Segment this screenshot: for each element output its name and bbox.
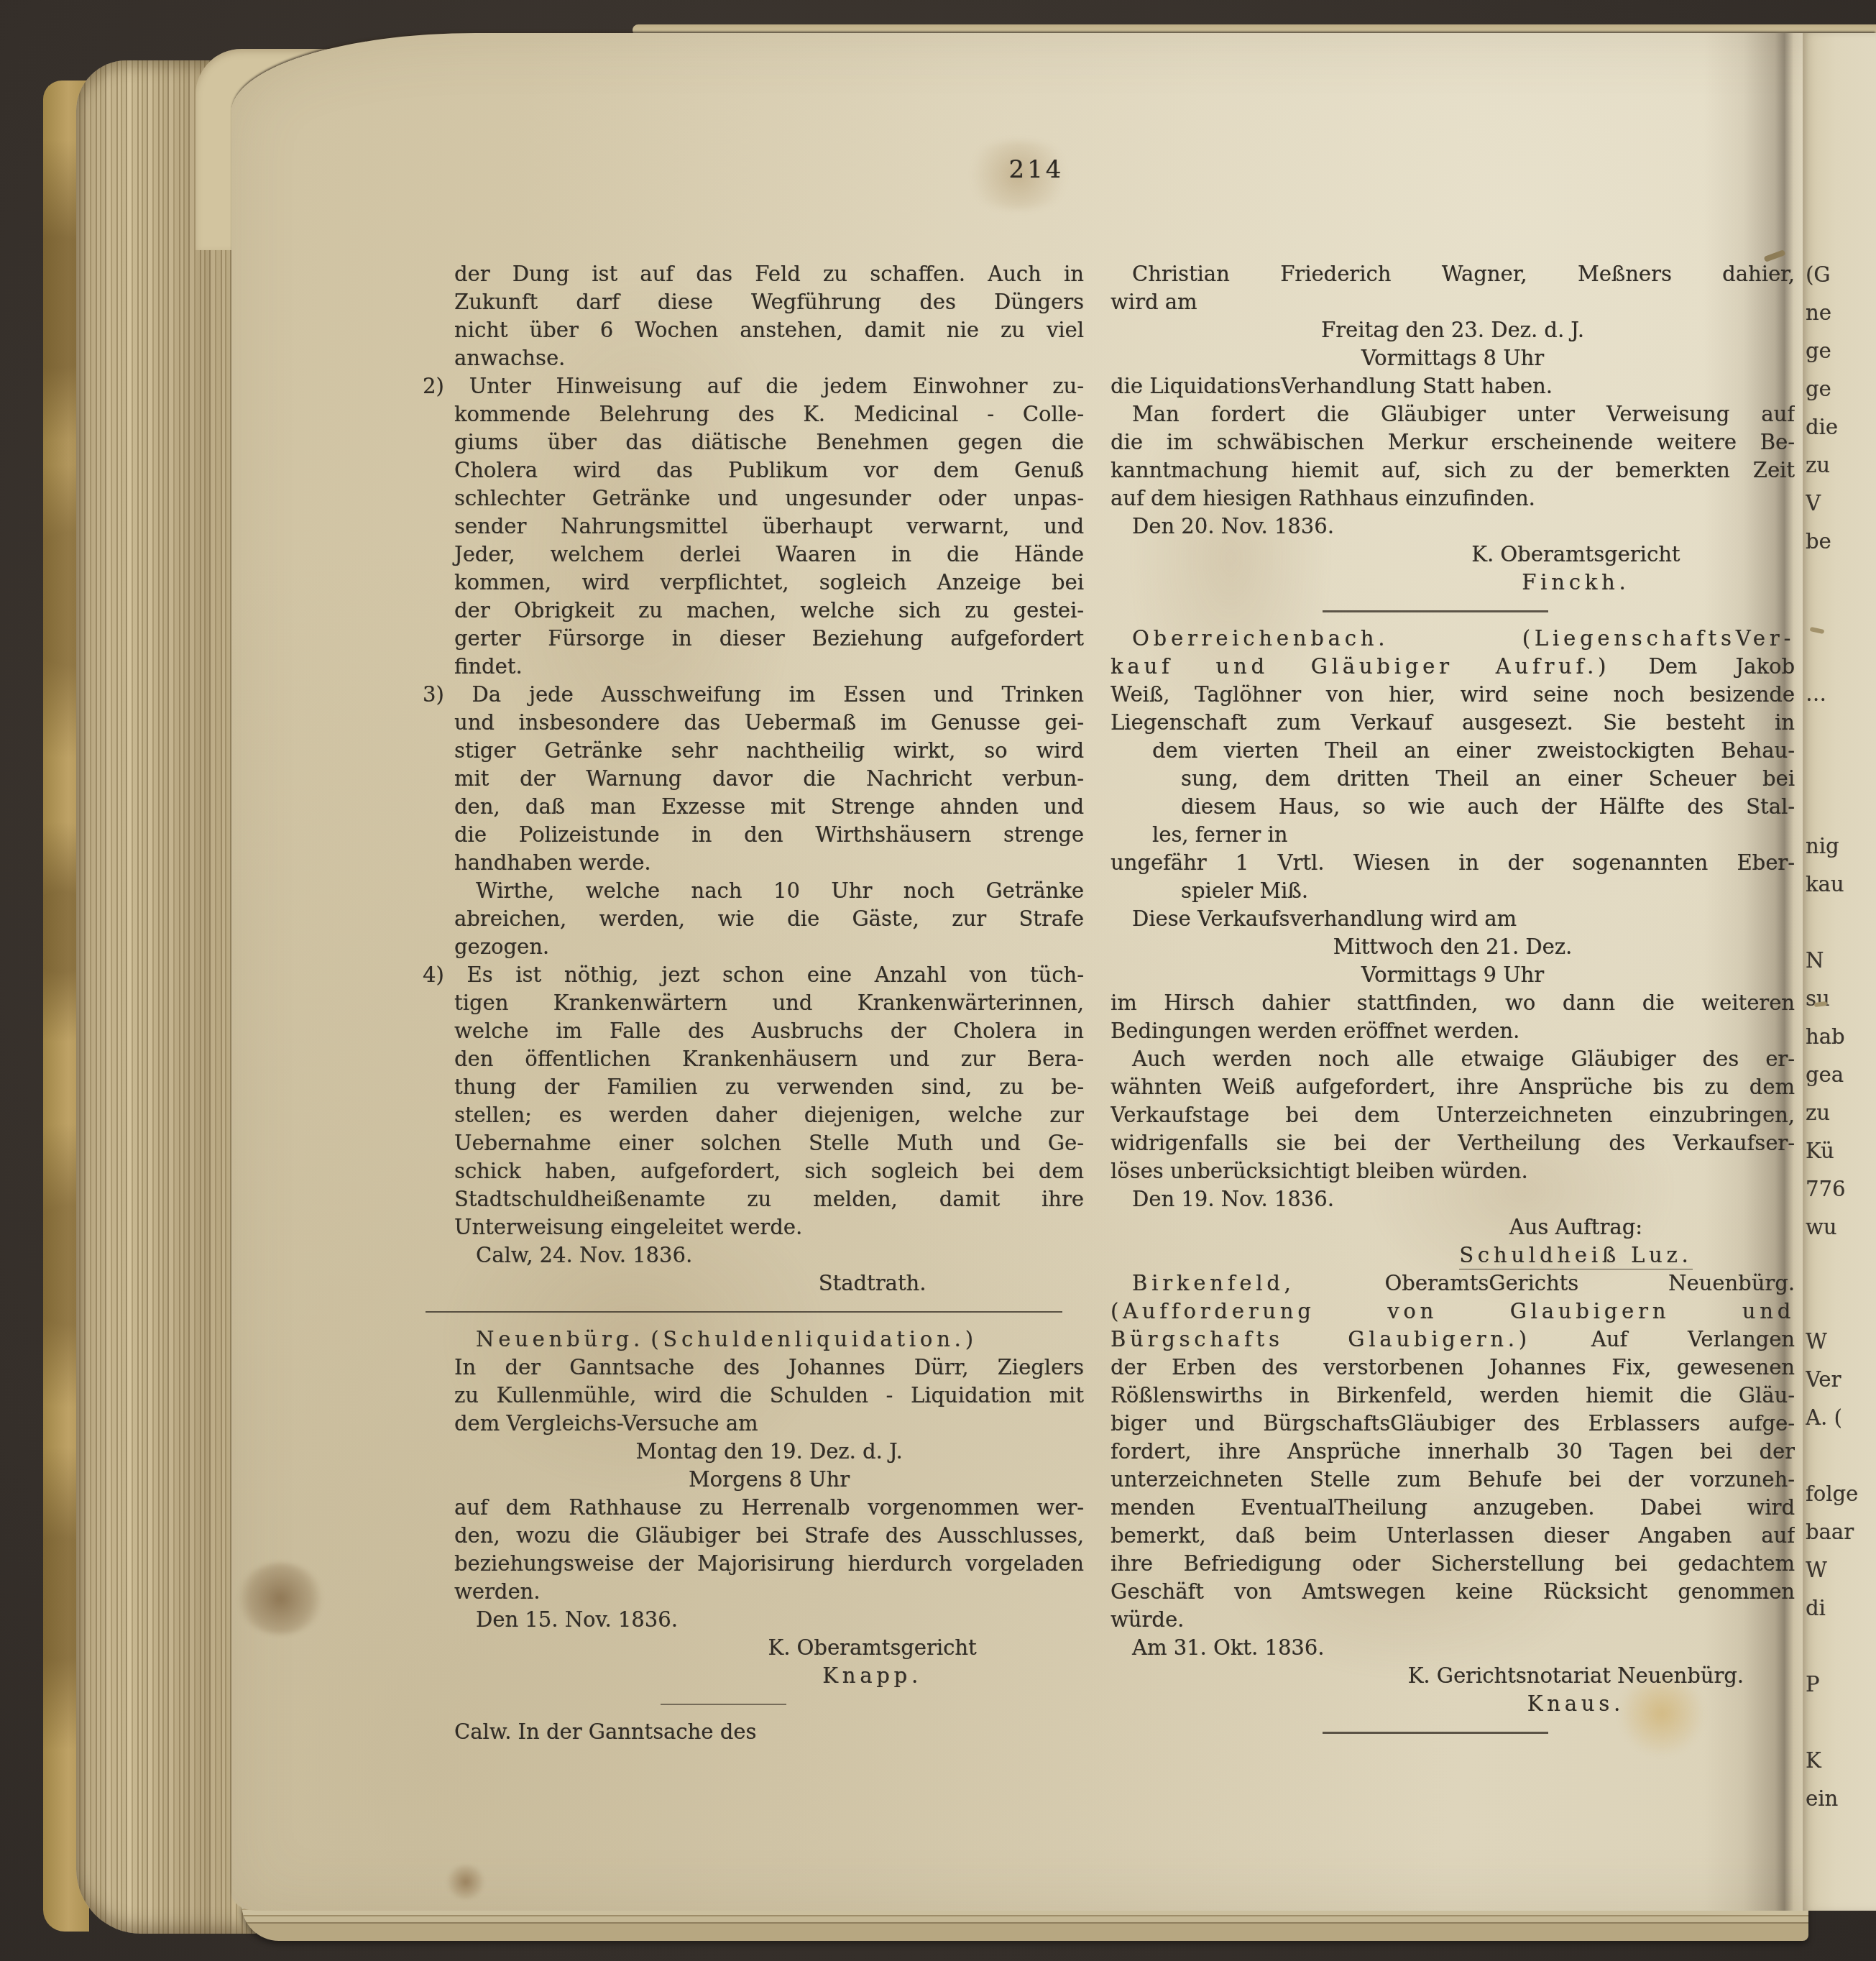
edge-text-fragment: W: [1806, 1551, 1875, 1589]
text-line: sung, dem dritten Theil an einer Scheuer…: [1111, 765, 1795, 793]
edge-text-fragment: baar: [1806, 1513, 1875, 1551]
edge-text-fragment: [1806, 1285, 1875, 1323]
edge-text-fragment: nig: [1806, 827, 1875, 865]
text-line: die im schwäbischen Merkur erscheinende …: [1111, 428, 1795, 456]
text-line: Neuenbürg. (Schuldenliquidation.): [423, 1326, 1084, 1354]
text-segment: [644, 1327, 650, 1351]
edge-text-fragment: [1806, 1627, 1875, 1666]
text-segment: Finckh.: [1522, 570, 1629, 594]
text-line: würde.: [1111, 1606, 1795, 1634]
text-segment: Oberreichenbach.: [1132, 626, 1389, 651]
separator-rule: [1111, 597, 1795, 625]
separator-rule: [423, 1298, 1084, 1326]
text-line: Knaus.: [1111, 1690, 1795, 1718]
edge-text-fragment: be: [1806, 523, 1875, 561]
text-line: welche im Falle des Ausbruchs der Choler…: [423, 1017, 1084, 1045]
text-line: Bedingungen werden eröffnet werden.: [1111, 1017, 1795, 1045]
text-line: dem vierten Theil an einer zweistockigte…: [1111, 737, 1795, 765]
text-line: Birkenfeld, OberamtsGerichts Neuenbürg.: [1111, 1269, 1795, 1298]
text-line: anwachse.: [423, 344, 1084, 372]
text-line: kanntmachung hiemit auf, sich zu der bem…: [1111, 456, 1795, 484]
edge-text-fragment: [1806, 1704, 1875, 1742]
text-line: Jeder, welchem derlei Waaren in die Händ…: [423, 541, 1084, 569]
text-line: Liegenschaft zum Verkauf ausgesezt. Sie …: [1111, 709, 1795, 737]
text-line: Calw, 24. Nov. 1836.: [423, 1241, 1084, 1269]
text-line: kommende Belehrung des K. Medicinal - Co…: [423, 400, 1084, 428]
right-column: Christian Friederich Wagner, Meßners dah…: [1111, 260, 1795, 1746]
edge-text-fragment: V: [1806, 484, 1875, 523]
separator-rule: [423, 1690, 1084, 1718]
edge-text-fragment: [1806, 751, 1875, 789]
text-segment: Schuldheiß Luz.: [1459, 1243, 1692, 1269]
text-line: der Obrigkeit zu machen, welche sich zu …: [423, 597, 1084, 625]
text-line: 3) Da jede Ausschweifung im Essen und Tr…: [423, 681, 1084, 709]
edge-text-fragment: [1806, 904, 1875, 942]
text-segment: Knaus.: [1527, 1691, 1624, 1716]
text-line: Stadtrath.: [423, 1269, 1084, 1298]
text-line: fordert, ihre Ansprüche innerhalb 30 Tag…: [1111, 1438, 1795, 1466]
edge-text-fragment: wu: [1806, 1208, 1875, 1246]
text-line: unterzeichneten Stelle zum Behufe bei de…: [1111, 1466, 1795, 1494]
edge-text-fragment: [1806, 561, 1875, 599]
edge-text-fragment: ein: [1806, 1780, 1875, 1818]
text-line: wähnten Weiß aufgefordert, ihre Ansprüch…: [1111, 1073, 1795, 1101]
text-line: Weiß, Taglöhner von hier, wird seine noc…: [1111, 681, 1795, 709]
text-line: Den 20. Nov. 1836.: [1111, 513, 1795, 541]
edge-text-fragment: Ver: [1806, 1361, 1875, 1399]
text-line: findet.: [423, 653, 1084, 681]
text-line: im Hirsch dahier stattfinden, wo dann di…: [1111, 989, 1795, 1017]
text-segment: (Aufforderung von Glaubigern und: [1111, 1299, 1795, 1323]
text-line: giums über das diätische Benehmen gegen …: [423, 428, 1084, 456]
text-line: thung der Familien zu verwenden sind, zu…: [423, 1073, 1084, 1101]
text-line: wird am: [1111, 288, 1795, 316]
text-line: gerter Fürsorge in dieser Beziehung aufg…: [423, 625, 1084, 653]
text-line: Wirthe, welche nach 10 Uhr noch Getränke: [423, 877, 1084, 905]
text-line: K. Gerichtsnotariat Neuenbürg.: [1111, 1662, 1795, 1690]
text-line: der Dung ist auf das Feld zu schaffen. A…: [423, 260, 1084, 288]
book-page: 214 der Dung ist auf das Feld zu schaffe…: [231, 33, 1876, 1911]
edge-text-fragment: ge: [1806, 332, 1875, 370]
edge-text-fragment: zu: [1806, 446, 1875, 484]
text-line: biger und BürgschaftsGläubiger des Erbla…: [1111, 1410, 1795, 1438]
text-line: schick haben, aufgefordert, sich sogleic…: [423, 1157, 1084, 1185]
edge-text-fragment: hab: [1806, 1018, 1875, 1056]
text-line: Finckh.: [1111, 569, 1795, 597]
text-line: abreichen, werden, wie die Gäste, zur St…: [423, 905, 1084, 933]
text-line: Vormittags 9 Uhr: [1111, 961, 1795, 989]
edge-text-fragment: P: [1806, 1666, 1875, 1704]
edge-text-fragment: [1806, 1246, 1875, 1285]
text-line: Stadtschuldheißenamte zu melden, damit i…: [423, 1185, 1084, 1213]
text-line: Knapp.: [423, 1662, 1084, 1690]
text-line: auf dem Rathhause zu Herrenalb vorgenomm…: [423, 1494, 1084, 1522]
text-line: Rößlenswirths in Birkenfeld, werden hiem…: [1111, 1382, 1795, 1410]
edge-text-fragment: …: [1806, 675, 1875, 713]
paper-stain: [444, 1865, 487, 1899]
paper-stain: [237, 1563, 323, 1635]
page-number: 214: [979, 155, 1094, 184]
text-line: K. Oberamtsgericht: [1111, 541, 1795, 569]
text-line: bemerkt, daß beim Unterlassen dieser Ang…: [1111, 1522, 1795, 1550]
text-line: den öffentlichen Krankenhäusern und zur …: [423, 1045, 1084, 1073]
text-segment: kauf und Gläubiger Aufruf.): [1111, 654, 1610, 679]
text-line: Christian Friederich Wagner, Meßners dah…: [1111, 260, 1795, 288]
edge-text-fragment: [1806, 1437, 1875, 1475]
text-line: ungefähr 1 Vrtl. Wiesen in der sogenannt…: [1111, 849, 1795, 877]
edge-text-fragment: [1806, 713, 1875, 751]
text-line: Den 19. Nov. 1836.: [1111, 1185, 1795, 1213]
text-line: Am 31. Okt. 1836.: [1111, 1634, 1795, 1662]
text-line: Diese Verkaufsverhandlung wird am: [1111, 905, 1795, 933]
text-line: handhaben werde.: [423, 849, 1084, 877]
text-line: stiger Getränke sehr nachtheilig wirkt, …: [423, 737, 1084, 765]
page-stack-left-edge: [76, 60, 256, 1934]
text-line: auf dem hiesigen Rathhaus einzufinden.: [1111, 484, 1795, 513]
text-segment: Birkenfeld,: [1132, 1271, 1295, 1295]
text-line: beziehungsweise der Majorisirung hierdur…: [423, 1550, 1084, 1578]
edge-text-fragment: die: [1806, 408, 1875, 446]
edge-text-fragment: [1806, 789, 1875, 827]
edge-text-fragment: ge: [1806, 370, 1875, 408]
text-segment: OberamtsGerichts Neuenbürg.: [1295, 1271, 1795, 1295]
text-line: Cholera wird das Publikum vor dem Genuß: [423, 456, 1084, 484]
text-line: Calw. In der Ganntsache des: [423, 1718, 1084, 1746]
text-line: les, ferner in: [1111, 821, 1795, 849]
text-line: 2) Unter Hinweisung auf die jedem Einwoh…: [423, 372, 1084, 400]
edge-text-fragment: N: [1806, 942, 1875, 980]
text-line: Vormittags 8 Uhr: [1111, 344, 1795, 372]
text-line: Unterweisung eingeleitet werde.: [423, 1213, 1084, 1241]
text-line: den, wozu die Gläubiger bei Strafe des A…: [423, 1522, 1084, 1550]
edge-text-fragment: di: [1806, 1589, 1875, 1627]
edge-text-fragment: [1806, 637, 1875, 675]
text-line: Freitag den 23. Dez. d. J.: [1111, 316, 1795, 344]
left-column: der Dung ist auf das Feld zu schaffen. A…: [423, 260, 1084, 1746]
edge-text-fragment: K: [1806, 1742, 1875, 1780]
text-line: sender Nahrungsmittel überhaupt verwarnt…: [423, 513, 1084, 541]
text-line: werden.: [423, 1578, 1084, 1606]
edge-text-fragment: su: [1806, 980, 1875, 1018]
text-line: Mittwoch den 21. Dez.: [1111, 933, 1795, 961]
text-line: zu Kullenmühle, wird die Schulden - Liqu…: [423, 1382, 1084, 1410]
text-line: Bürgschafts Glaubigern.) Auf Verlangen: [1111, 1326, 1795, 1354]
book-scan-photo: { "page": { "number": "214" }, "left_col…: [0, 0, 1876, 1961]
text-segment: Neuenbürg.: [476, 1327, 644, 1351]
text-line: den, daß man Exzesse mit Strenge ahnden …: [423, 793, 1084, 821]
text-line: Aus Auftrag:: [1111, 1213, 1795, 1241]
text-line: Morgens 8 Uhr: [423, 1466, 1084, 1494]
text-line: Man fordert die Gläubiger unter Verweisu…: [1111, 400, 1795, 428]
edge-text-fragment: Kü: [1806, 1132, 1875, 1170]
text-line: gezogen.: [423, 933, 1084, 961]
text-line: löses unberücksichtigt bleiben würden.: [1111, 1157, 1795, 1185]
text-line: Uebernahme einer solchen Stelle Muth und…: [423, 1129, 1084, 1157]
text-line: K. Oberamtsgericht: [423, 1634, 1084, 1662]
text-line: schlechter Getränke und ungesunder oder …: [423, 484, 1084, 513]
text-line: menden EventualTheilung anzugeben. Dabei…: [1111, 1494, 1795, 1522]
edge-text-fragment: gea: [1806, 1056, 1875, 1094]
text-segment: [1389, 626, 1522, 651]
edge-text-fragment: W: [1806, 1323, 1875, 1361]
edge-text-fragment: 776: [1806, 1170, 1875, 1208]
text-line: In der Ganntsache des Johannes Dürr, Zie…: [423, 1354, 1084, 1382]
text-segment: Auf Verlangen: [1531, 1327, 1795, 1351]
text-line: stellen; es werden daher diejenigen, wel…: [423, 1101, 1084, 1129]
text-line: mit der Warnung davor die Nachricht verb…: [423, 765, 1084, 793]
text-line: tigen Krankenwärtern und Krankenwärterin…: [423, 989, 1084, 1017]
text-line: dem Vergleichs-Versuche am: [423, 1410, 1084, 1438]
separator-rule: [1111, 1718, 1795, 1746]
edge-text-fragment: zu: [1806, 1094, 1875, 1132]
text-line: der Erben des verstorbenen Johannes Fix,…: [1111, 1354, 1795, 1382]
text-segment: (LiegenschaftsVer-: [1522, 626, 1795, 651]
edge-text-fragment: (G: [1806, 256, 1875, 294]
next-page-fragments: (GnegegediezuVbe…nigkauNsuhabgeazuKü776w…: [1806, 256, 1875, 1818]
text-segment: (Schuldenliquidation.): [650, 1327, 978, 1351]
text-line: spieler Miß.: [1111, 877, 1795, 905]
edge-text-fragment: folge: [1806, 1475, 1875, 1513]
text-line: nicht über 6 Wochen anstehen, damit nie …: [423, 316, 1084, 344]
text-line: und insbesondere das Uebermaß im Genusse…: [423, 709, 1084, 737]
text-line: diesem Haus, so wie auch der Hälfte des …: [1111, 793, 1795, 821]
text-line: widrigenfalls sie bei der Vertheilung de…: [1111, 1129, 1795, 1157]
edge-text-fragment: A. (: [1806, 1399, 1875, 1437]
edge-text-fragment: kau: [1806, 865, 1875, 904]
text-line: Oberreichenbach. (LiegenschaftsVer-: [1111, 625, 1795, 653]
text-line: 4) Es ist nöthig, jezt schon eine Anzahl…: [423, 961, 1084, 989]
text-line: kommen, wird verpflichtet, sogleich Anze…: [423, 569, 1084, 597]
text-line: ihre Befriedigung oder Sicherstellung be…: [1111, 1550, 1795, 1578]
text-line: Schuldheiß Luz.: [1111, 1241, 1795, 1269]
text-segment: Bürgschafts Glaubigern.): [1111, 1327, 1531, 1351]
text-line: Auch werden noch alle etwaige Gläubiger …: [1111, 1045, 1795, 1073]
text-line: kauf und Gläubiger Aufruf.) Dem Jakob: [1111, 653, 1795, 681]
text-line: Montag den 19. Dez. d. J.: [423, 1438, 1084, 1466]
text-segment: Dem Jakob: [1610, 654, 1795, 679]
text-line: die LiquidationsVerhandlung Statt haben.: [1111, 372, 1795, 400]
edge-text-fragment: ne: [1806, 294, 1875, 332]
text-line: die Polizeistunde in den Wirthshäusern s…: [423, 821, 1084, 849]
text-line: Verkaufstage bei dem Unterzeichneten ein…: [1111, 1101, 1795, 1129]
text-line: Den 15. Nov. 1836.: [423, 1606, 1084, 1634]
text-line: Zukunft darf diese Wegführung des Dünger…: [423, 288, 1084, 316]
text-line: Geschäft von Amtswegen keine Rücksicht g…: [1111, 1578, 1795, 1606]
text-line: (Aufforderung von Glaubigern und: [1111, 1298, 1795, 1326]
text-segment: Knapp.: [822, 1663, 922, 1688]
